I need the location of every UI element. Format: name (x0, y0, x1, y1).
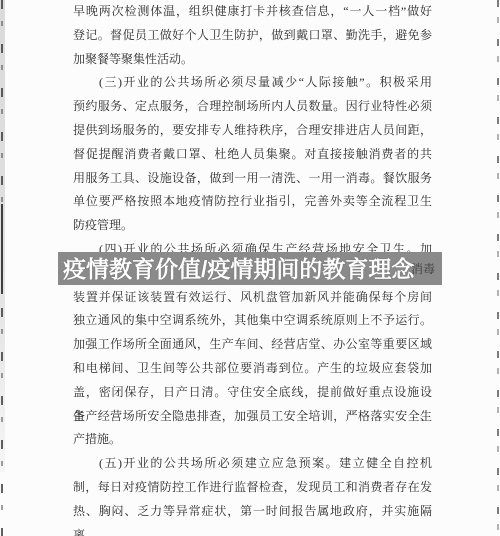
overlay-title-banner: 疫情教育价值/疫情期间的教育理念 消毒 (58, 252, 442, 285)
overlay-title: 疫情教育价值/疫情期间的教育理念 (58, 252, 442, 286)
text-line: (五)开业的公共场所必须建立应急预案。建立健全自控机 (73, 452, 432, 476)
text-line: 登记。督促员工做好个人卫生防护，做到戴口罩、勤洗手，避免参 (73, 24, 432, 48)
text-line: 产措施。 (73, 428, 432, 452)
text-line: 提供到场服务的，要安排专人维持秩序，合理安排进店人员间距， (73, 119, 432, 143)
text-line: 制，每日对疫情防控工作进行监督检查，发现员工和消费者存在发 (73, 476, 432, 500)
scan-edge-dashes-right (497, 0, 499, 536)
text-line: 加强工作场所全面通风，生产车间、经营店堂、办公室等重要区域 (73, 333, 432, 357)
text-line: 热、胸闷、乏力等异常症状，第一时间报告属地政府，并实施隔离、 (73, 500, 432, 524)
text-line: 用服务工具、设施设备，做到一用一清洗、一用一消毒。餐饮服务 (73, 167, 432, 191)
text-line: 生产经营场所安全隐患排查，加强员工安全培训，严格落实安全生 (73, 405, 432, 429)
text-line: 盖，密闭保存，日产日清。守住安全底线，提前做好重点设施设备、 (73, 381, 432, 405)
text-line: 独立通风的集中空调系统外，其他集中空调系统原则上不予运行。 (73, 309, 432, 333)
scanned-document-page: 早晚两次检测体温，组织健康打卡并核查信息，“一人一档”做好登记。督促员工做好个人… (0, 0, 500, 536)
text-line: 加聚餐等聚集性活动。 (73, 48, 432, 72)
text-line: (三)开业的公共场所必须尽量减少“人际接触”。积极采用 (73, 71, 432, 95)
underlying-text-fragment: 消毒 (411, 262, 435, 276)
text-line: 和电梯间、卫生间等公共部位要消毒到位。产生的垃圾应套袋加 (73, 357, 432, 381)
scan-edge-mark-left (1, 204, 3, 294)
text-line: 防疫管理。 (73, 214, 432, 238)
text-line: 预约服务、定点服务，合理控制场所内人员数量。因行业特性必须 (73, 95, 432, 119)
text-line: 早晚两次检测体温，组织健康打卡并核查信息，“一人一档”做好 (73, 0, 432, 24)
text-line: 装置并保证该装置有效运行、风机盘管加新风并能确保每个房间 (73, 286, 432, 310)
text-line: 督促提醒消费者戴口罩、杜绝人员集聚。对直接接触消费者的共 (73, 143, 432, 167)
text-line: 单位要严格按照本地疫情防控行业指引，完善外卖等全流程卫生 (73, 190, 432, 214)
